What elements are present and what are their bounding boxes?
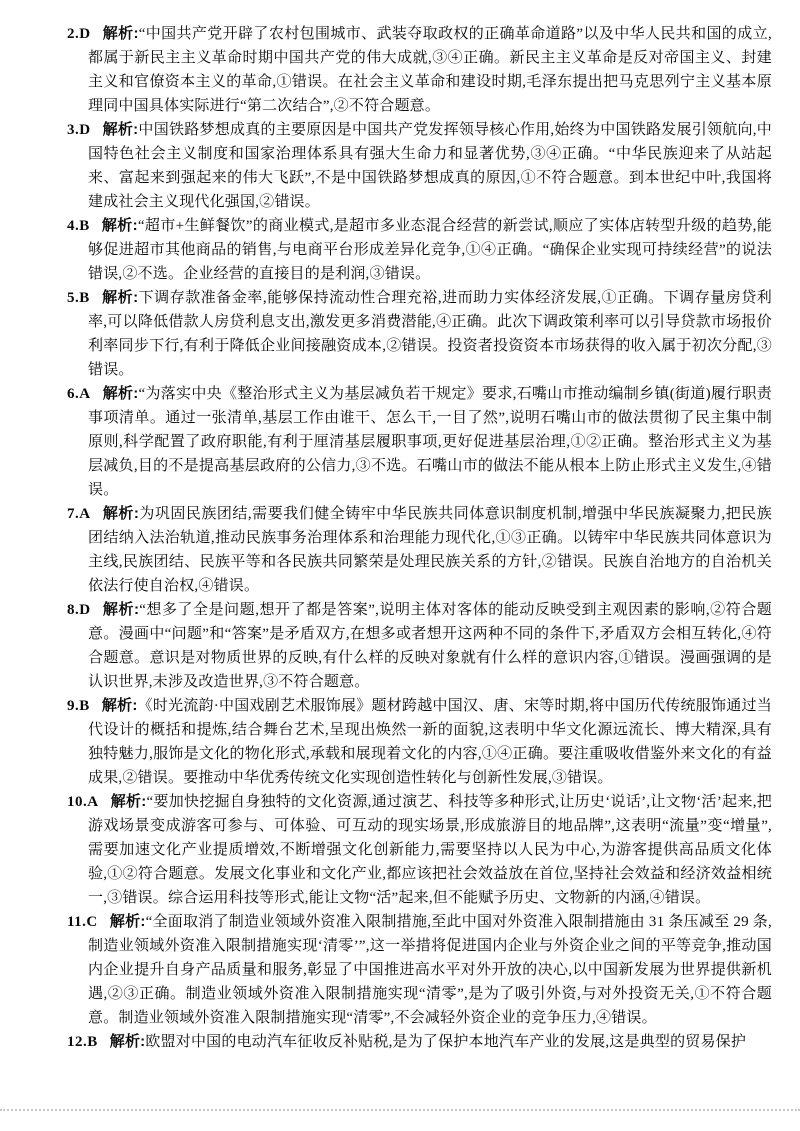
- question-number-answer: 3.D: [67, 122, 103, 138]
- question-number-answer: 12.B: [67, 1034, 110, 1050]
- analysis-text: 下调存款准备金率,能够保持流动性合理充裕,进而助力实体经济发展,①正确。下调存量…: [88, 290, 772, 378]
- analysis-label: 解析:: [102, 289, 139, 306]
- question-number-answer: 8.D: [67, 602, 103, 618]
- analysis-label: 解析:: [103, 25, 139, 42]
- analysis-label: 解析:: [110, 913, 146, 930]
- dotted-tear-line: [0, 1109, 800, 1111]
- question-number-answer: 6.A: [67, 386, 103, 402]
- analysis-text: “超市+生鲜餐饮”的商业模式,是超市多业态混合经营的新尝试,顺应了实体店转型升级…: [88, 218, 772, 282]
- answer-item-12: 12.B解析:欧盟对中国的电动汽车征收反补贴税,是为了保护本地汽车产业的发展,这…: [88, 1030, 772, 1054]
- analysis-label: 解析:: [110, 1033, 146, 1050]
- analysis-text: 《时光流韵·中国戏剧艺术服饰展》题材跨越中国汉、唐、宋等时期,将中国历代传统服饰…: [88, 698, 772, 786]
- analysis-text: “全面取消了制造业领域外资准入限制措施,至此中国对外资准入限制措施由 31 条压…: [88, 914, 772, 1026]
- analysis-text: “中国共产党开辟了农村包围城市、武装夺取政权的正确革命道路”以及中华人民共和国的…: [88, 26, 772, 114]
- question-number-answer: 11.C: [67, 914, 110, 930]
- analysis-text: 为巩固民族团结,需要我们健全铸牢中华民族共同体意识制度机制,增强中华民族凝聚力,…: [88, 506, 772, 594]
- answer-key-page: 2.D解析:“中国共产党开辟了农村包围城市、武装夺取政权的正确革命道路”以及中华…: [0, 0, 800, 1131]
- answer-item-9: 9.B解析:《时光流韵·中国戏剧艺术服饰展》题材跨越中国汉、唐、宋等时期,将中国…: [88, 694, 772, 790]
- answer-item-8: 8.D解析:“想多了全是问题,想开了都是答案”,说明主体对客体的能动反映受到主观…: [88, 598, 772, 694]
- analysis-label: 解析:: [102, 217, 138, 234]
- analysis-text: “为落实中央《整治形式主义为基层减负若干规定》要求,石嘴山市推动编制乡镇(街道)…: [88, 386, 772, 498]
- analysis-label: 解析:: [103, 601, 140, 618]
- answer-item-list: 2.D解析:“中国共产党开辟了农村包围城市、武装夺取政权的正确革命道路”以及中华…: [88, 22, 772, 1054]
- analysis-label: 解析:: [102, 697, 138, 714]
- answer-item-11: 11.C解析:“全面取消了制造业领域外资准入限制措施,至此中国对外资准入限制措施…: [88, 910, 772, 1030]
- answer-item-6: 6.A解析:“为落实中央《整治形式主义为基层减负若干规定》要求,石嘴山市推动编制…: [88, 382, 772, 502]
- analysis-label: 解析:: [111, 793, 147, 810]
- analysis-text: 中国铁路梦想成真的主要原因是中国共产党发挥领导核心作用,始终为中国铁路发展引领航…: [88, 122, 772, 210]
- analysis-text: “要加快挖掘自身独特的文化资源,通过演艺、科技等多种形式,让历史‘说话’,让文物…: [88, 794, 772, 906]
- analysis-label: 解析:: [103, 385, 139, 402]
- answer-item-7: 7.A解析:为巩固民族团结,需要我们健全铸牢中华民族共同体意识制度机制,增强中华…: [88, 502, 772, 598]
- question-number-answer: 10.A: [67, 794, 111, 810]
- question-number-answer: 7.A: [67, 506, 103, 522]
- analysis-label: 解析:: [103, 505, 140, 522]
- answer-item-2: 2.D解析:“中国共产党开辟了农村包围城市、武装夺取政权的正确革命道路”以及中华…: [88, 22, 772, 118]
- question-number-answer: 4.B: [67, 218, 102, 234]
- question-number-answer: 5.B: [67, 290, 102, 306]
- analysis-text: 欧盟对中国的电动汽车征收反补贴税,是为了保护本地汽车产业的发展,这是典型的贸易保…: [145, 1034, 746, 1050]
- answer-item-10: 10.A解析:“要加快挖掘自身独特的文化资源,通过演艺、科技等多种形式,让历史‘…: [88, 790, 772, 910]
- question-number-answer: 2.D: [67, 26, 103, 42]
- question-number-answer: 9.B: [67, 698, 102, 714]
- analysis-label: 解析:: [103, 121, 139, 138]
- answer-item-4: 4.B解析:“超市+生鲜餐饮”的商业模式,是超市多业态混合经营的新尝试,顺应了实…: [88, 214, 772, 286]
- analysis-text: “想多了全是问题,想开了都是答案”,说明主体对客体的能动反映受到主观因素的影响,…: [88, 602, 772, 690]
- answer-item-5: 5.B解析:下调存款准备金率,能够保持流动性合理充裕,进而助力实体经济发展,①正…: [88, 286, 772, 382]
- answer-item-3: 3.D解析:中国铁路梦想成真的主要原因是中国共产党发挥领导核心作用,始终为中国铁…: [88, 118, 772, 214]
